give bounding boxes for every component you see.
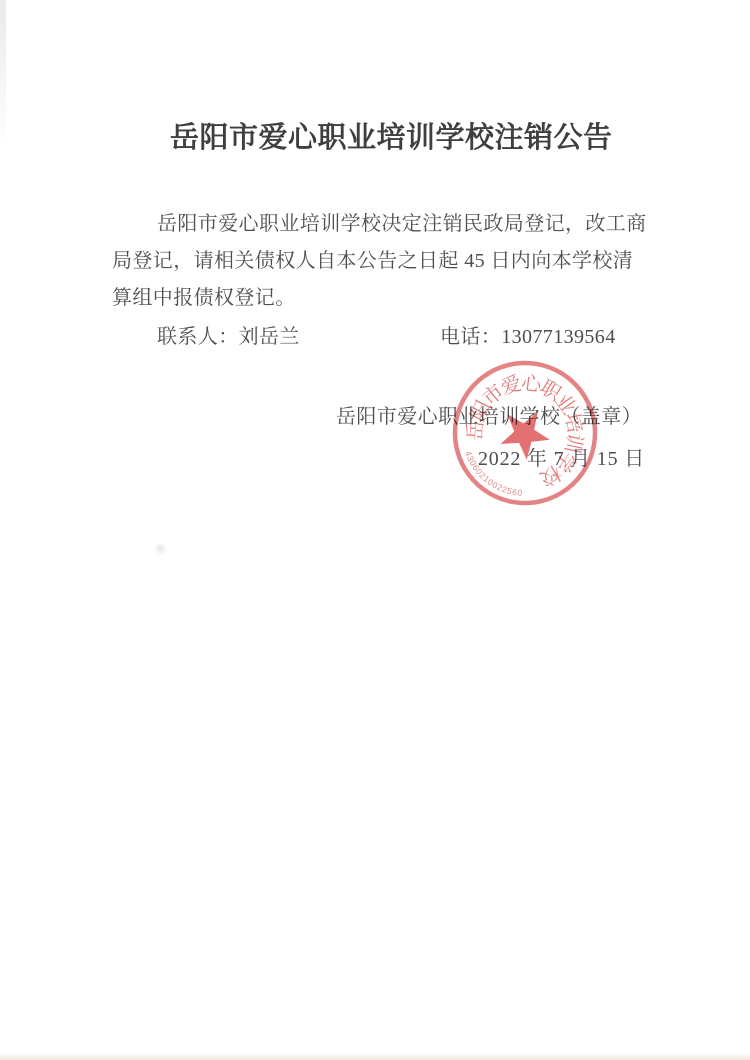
seal-organization-char: 培 — [560, 411, 587, 435]
document-page: 岳阳市爱心职业培训学校注销公告 岳阳市爱心职业培训学校决定注销民政局登记，改工商… — [0, 0, 750, 1060]
contact-person: 联系人：刘岳兰 — [157, 327, 300, 347]
body-paragraph-line-1: 岳阳市爱心职业培训学校决定注销民政局登记，改工商 — [157, 214, 647, 234]
seal-star-icon — [492, 399, 559, 465]
scan-smudge — [156, 544, 165, 553]
scan-edge-bottom — [0, 1053, 750, 1060]
page-title: 岳阳市爱心职业培训学校注销公告 — [170, 124, 613, 153]
official-seal-stamp: 岳阳市爱心职业培训学校43060210022560 — [428, 336, 622, 530]
scan-edge-left — [0, 0, 6, 150]
body-paragraph-line-2: 局登记，请相关债权人自本公告之日起 45 日内向本学校清 — [112, 251, 633, 271]
seal-graphic: 岳阳市爱心职业培训学校43060210022560 — [429, 337, 621, 529]
body-paragraph-line-3: 算组中报债权登记。 — [112, 288, 296, 308]
seal-serial-digit: 0 — [517, 488, 523, 498]
